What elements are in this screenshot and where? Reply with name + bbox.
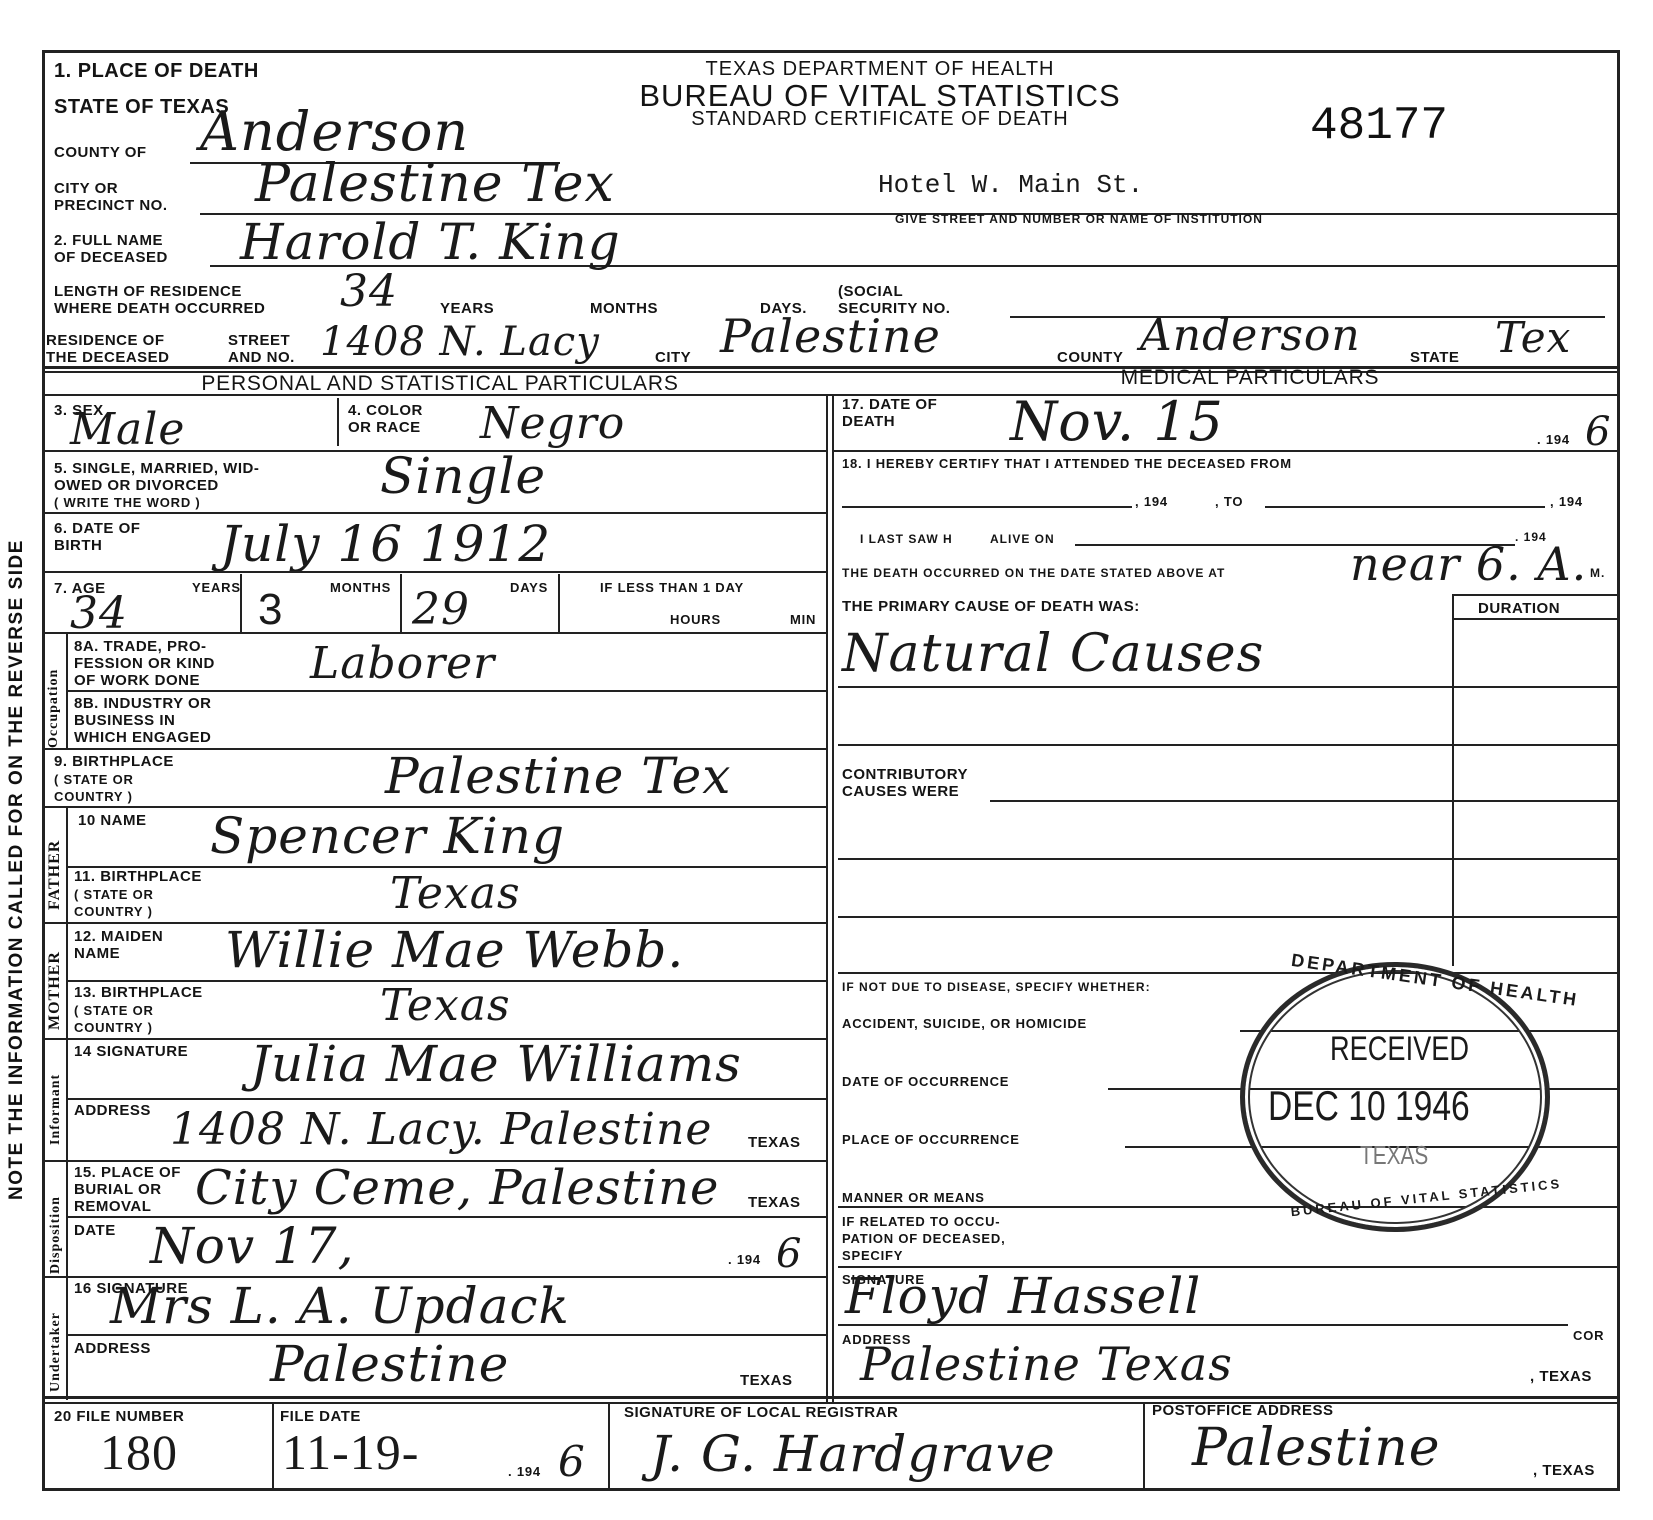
file-date-label: FILE DATE (280, 1408, 361, 1425)
city-label-2: PRECINCT NO. (54, 197, 168, 214)
divider (1452, 618, 1620, 620)
occu-label-2: PATION OF DECEASED, (842, 1231, 1006, 1246)
dod-label-2: DEATH (842, 413, 895, 430)
mother-bp-label-3: COUNTRY ) (74, 1020, 153, 1035)
to-label: , TO (1215, 494, 1243, 509)
alive-on-label: ALIVE ON (990, 532, 1055, 546)
father-bp-label-3: COUNTRY ) (74, 904, 153, 919)
father-side-label: FATHER (46, 840, 64, 910)
personal-section-title: PERSONAL AND STATISTICAL PARTICULARS (120, 372, 760, 396)
marital-value: Single (380, 452, 546, 500)
residence-years: 34 (340, 268, 398, 316)
age-lt-day-label: IF LESS THAN 1 DAY (600, 580, 744, 595)
physician-texas-label: , TEXAS (1530, 1368, 1592, 1385)
physician-signature: Floyd Hassell (845, 1272, 1201, 1320)
sex-value: Male (70, 406, 185, 454)
race-label-1: 4. COLOR (348, 402, 423, 419)
disposition-side-label: Disposition (48, 1196, 64, 1274)
occu-label-3: SPECIFY (842, 1248, 903, 1263)
divider (42, 394, 1620, 396)
residence-city-label: CITY (655, 349, 691, 366)
divider (838, 1206, 1620, 1208)
burial-label-2: BURIAL OR (74, 1181, 162, 1198)
residence-label-2: THE DECEASED (46, 349, 170, 366)
undertaker-address: Palestine (270, 1340, 509, 1388)
cause-line (990, 800, 1620, 802)
deceased-name: Harold T. King (240, 218, 621, 266)
certify-label: 18. I HEREBY CERTIFY THAT I ATTENDED THE… (842, 456, 1292, 471)
postoffice-label: POSTOFFICE ADDRESS (1152, 1402, 1334, 1419)
burial-date-label: DATE (74, 1222, 116, 1239)
contributory-label-2: CAUSES WERE (842, 783, 959, 800)
street-hint: GIVE STREET AND NUMBER OR NAME OF INSTIT… (895, 212, 1263, 226)
county-value: Anderson (200, 108, 469, 156)
informant-side-label: Informant (48, 1074, 64, 1145)
age-years: 34 (70, 590, 128, 638)
trade-label-2: FESSION OR KIND (74, 655, 215, 672)
residence-county: Anderson (1140, 312, 1361, 360)
age-months-label: MONTHS (330, 580, 391, 595)
mother-name-label-1: 12. MAIDEN (74, 928, 163, 945)
stamp-state: TEXAS (1360, 1140, 1428, 1171)
date-occurrence-label: DATE OF OCCURRENCE (842, 1074, 1009, 1089)
divider (42, 632, 826, 634)
burial-date: Nov 17, (150, 1222, 355, 1270)
primary-cause-value: Natural Causes (842, 630, 1264, 678)
divider (832, 450, 1620, 452)
file-date: 11-19- (282, 1428, 419, 1476)
divider (608, 1402, 610, 1488)
trade-value: Laborer (310, 640, 495, 688)
burial-year-suffix: 6 (776, 1230, 802, 1278)
mother-name: Willie Mae Webb. (225, 926, 684, 974)
age-months: 3 (258, 586, 283, 634)
cause-line (838, 916, 1620, 918)
residence-street: 1408 N. Lacy (320, 318, 600, 366)
divider (66, 1160, 68, 1278)
industry-label-1: 8B. INDUSTRY OR (74, 695, 212, 712)
birthplace-label-3: COUNTRY ) (54, 789, 133, 804)
file-number-label: 20 FILE NUMBER (54, 1408, 184, 1425)
race-label-2: OR RACE (348, 419, 421, 436)
border-bottom (42, 1488, 1620, 1491)
postoffice-texas-label: , TEXAS (1533, 1462, 1595, 1479)
city-value: Palestine Tex (255, 160, 615, 208)
mother-name-label-2: NAME (74, 945, 120, 962)
months-label: MONTHS (590, 300, 658, 317)
name-label-2: OF DECEASED (54, 249, 168, 266)
certificate-number: 48177 (1310, 100, 1448, 152)
divider (66, 1276, 68, 1400)
dod-label-1: 17. DATE OF (842, 396, 937, 413)
file-year-suffix: 6 (558, 1438, 586, 1486)
divider (42, 1396, 1620, 1399)
father-bp: Texas (390, 870, 521, 918)
contributory-label-1: CONTRIBUTORY (842, 766, 968, 783)
divider (400, 574, 402, 632)
place-of-death-label: 1. PLACE OF DEATH (54, 60, 259, 82)
center-divider (832, 394, 834, 1404)
mother-bp-label-2: ( STATE OR (74, 1003, 154, 1018)
occurred-time: near 6. A. (1350, 540, 1587, 588)
marital-label-3: ( WRITE THE WORD ) (54, 495, 201, 510)
physician-address: Palestine Texas (860, 1340, 1233, 1388)
min-label: MIN (790, 612, 816, 627)
from-date-line (842, 506, 1132, 508)
cause-line (838, 858, 1620, 860)
certificate-title: STANDARD CERTIFICATE OF DEATH (560, 108, 1200, 131)
center-divider (826, 394, 828, 1404)
trade-label-1: 8A. TRADE, PRO- (74, 638, 207, 655)
last-saw-label: I LAST SAW H (860, 532, 953, 546)
cor-label: COR (1573, 1328, 1604, 1343)
birthplace-label-2: ( STATE OR (54, 772, 134, 787)
burial-label-3: REMOVAL (74, 1198, 151, 1215)
informant-addr-label: ADDRESS (74, 1102, 151, 1119)
birthplace-label-1: 9. BIRTHPLACE (54, 753, 174, 770)
divider (42, 571, 826, 573)
birthplace-value: Palestine Tex (385, 752, 731, 800)
divider (66, 806, 68, 924)
street-value: Hotel W. Main St. (878, 170, 1143, 200)
residence-state-label: STATE (1410, 349, 1459, 366)
from-year-label: , 194 (1135, 494, 1168, 509)
divider (838, 1324, 1568, 1326)
informant-address: 1408 N. Lacy. Palestine (170, 1106, 712, 1154)
file-number: 180 (100, 1428, 178, 1476)
border-left (42, 50, 45, 1490)
father-bp-label-2: ( STATE OR (74, 887, 154, 902)
divider (1143, 1402, 1145, 1488)
dod-value: Nov. 15 (1010, 398, 1224, 446)
divider (66, 690, 826, 692)
industry-label-2: BUSINESS IN (74, 712, 175, 729)
stamp-received: RECEIVED (1330, 1030, 1469, 1069)
mother-bp: Texas (380, 982, 511, 1030)
postoffice-value: Palestine (1192, 1424, 1441, 1472)
residence-label-1: RESIDENCE OF (46, 332, 165, 349)
residence-state: Tex (1495, 314, 1571, 362)
cause-line (838, 686, 1620, 688)
divider (240, 574, 242, 632)
occu-label-1: IF RELATED TO OCCU- (842, 1214, 1000, 1229)
age-days: 29 (412, 586, 470, 634)
occurred-label: THE DEATH OCCURRED ON THE DATE STATED AB… (842, 566, 1225, 580)
hours-label: HOURS (670, 612, 721, 627)
residence-length-label-2: WHERE DEATH OCCURRED (54, 300, 265, 317)
ssn-label-1: (SOCIAL (838, 283, 903, 300)
stamp-date: DEC 10 1946 (1268, 1082, 1470, 1130)
divider (558, 574, 560, 632)
industry-label-3: WHICH ENGAGED (74, 729, 211, 746)
divider (66, 1098, 826, 1100)
father-bp-label-1: 11. BIRTHPLACE (74, 868, 202, 885)
informant-texas-label: TEXAS (748, 1134, 801, 1151)
dod-year-suffix: 6 (1585, 408, 1611, 456)
residence-county-label: COUNTY (1057, 349, 1123, 366)
marital-label-1: 5. SINGLE, MARRIED, WID- (54, 460, 259, 477)
father-name: Spencer King (210, 812, 565, 860)
dod-year-prefix: . 194 (1537, 432, 1570, 447)
informant-sig-label: 14 SIGNATURE (74, 1043, 188, 1060)
to-date-line (1265, 506, 1545, 508)
residence-city: Palestine (720, 312, 941, 360)
not-disease-label: IF NOT DUE TO DISEASE, SPECIFY WHETHER: (842, 980, 1151, 994)
occupation-side-label: Occupation (46, 669, 62, 748)
place-occurrence-label: PLACE OF OCCURRENCE (842, 1132, 1020, 1147)
accident-label: ACCIDENT, SUICIDE, OR HOMICIDE (842, 1016, 1087, 1031)
age-days-label: DAYS (510, 580, 548, 595)
undertaker-signature: Mrs L. A. Updack (110, 1282, 570, 1330)
street-label-2: AND NO. (228, 349, 295, 366)
mother-bp-label-1: 13. BIRTHPLACE (74, 984, 203, 1001)
county-label: COUNTY OF (54, 144, 147, 161)
burial-label-1: 15. PLACE OF (74, 1164, 181, 1181)
reverse-side-note: NOTE THE INFORMATION CALLED FOR ON THE R… (6, 539, 28, 1200)
to-year-label: , 194 (1550, 494, 1583, 509)
mother-side-label: MOTHER (46, 951, 64, 1030)
name-label-1: 2. FULL NAME (54, 232, 163, 249)
cause-line (838, 744, 1620, 746)
m-label: M. (1590, 566, 1605, 580)
undertaker-addr-label: ADDRESS (74, 1340, 151, 1357)
divider (1452, 594, 1620, 596)
dob-value: July 16 1912 (220, 520, 551, 568)
age-years-label: YEARS (192, 580, 241, 595)
informant-signature: Julia Mae Williams (250, 1040, 742, 1088)
street-label-1: STREET (228, 332, 290, 349)
divider (42, 512, 826, 514)
burial-texas-label: TEXAS (748, 1194, 801, 1211)
divider (337, 398, 339, 446)
burial-year-prefix: . 194 (728, 1252, 761, 1267)
trade-label-3: OF WORK DONE (74, 672, 200, 689)
race-value: Negro (480, 400, 625, 448)
dob-label-2: BIRTH (54, 537, 102, 554)
marital-label-2: OWED OR DIVORCED (54, 477, 219, 494)
duration-label: DURATION (1478, 600, 1560, 617)
dob-label-1: 6. DATE OF (54, 520, 140, 537)
cause-line (838, 972, 1620, 974)
divider (272, 1402, 274, 1488)
manner-label: MANNER OR MEANS (842, 1190, 985, 1205)
duration-column-divider (1452, 594, 1454, 966)
undertaker-side-label: Undertaker (48, 1312, 64, 1392)
primary-cause-label: THE PRIMARY CAUSE OF DEATH WAS: (842, 598, 1140, 615)
border-top (42, 50, 1620, 53)
residence-length-label-1: LENGTH OF RESIDENCE (54, 283, 242, 300)
burial-place: City Ceme, Palestine (195, 1164, 719, 1212)
undertaker-texas-label: TEXAS (740, 1372, 793, 1389)
years-label: YEARS (440, 300, 494, 317)
medical-section-title: MEDICAL PARTICULARS (1050, 366, 1450, 390)
registrar-signature: J. G. Hardgrave (650, 1430, 1056, 1478)
father-name-label: 10 NAME (78, 812, 147, 829)
file-year-prefix: . 194 (508, 1464, 541, 1479)
registrar-label: SIGNATURE OF LOCAL REGISTRAR (624, 1404, 898, 1421)
city-label-1: CITY OR (54, 180, 118, 197)
